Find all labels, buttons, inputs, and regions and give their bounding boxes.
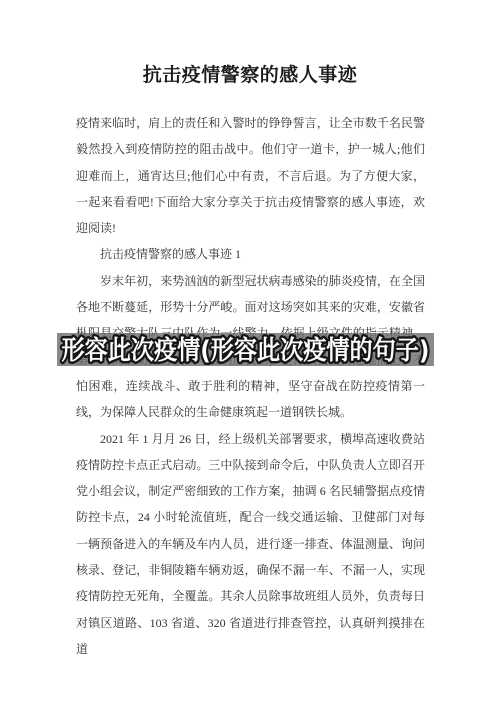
overlay-caption-banner: 形容此次疫情(形容此次疫情的句子) [57, 333, 434, 366]
overlay-caption-svg: 形容此次疫情(形容此次疫情的句子) [57, 333, 434, 366]
page-title: 抗击疫情警察的感人事迹 [0, 60, 500, 87]
document-body: 疫情来临时，肩上的责任和入警时的铮铮誓言，让全市数千名民警毅然投入到疫情防控的阻… [76, 110, 425, 662]
paragraph: 2021 年 1 月月 26 日，经上级机关部署要求，横埠高速收费站疫情防控卡点… [76, 426, 425, 663]
paragraph: 抗击疫情警察的感人事迹 1 [76, 241, 425, 267]
document-page: 抗击疫情警察的感人事迹 疫情来临时，肩上的责任和入警时的铮铮誓言，让全市数千名民… [0, 0, 500, 706]
paragraph: 疫情来临时，肩上的责任和入警时的铮铮誓言，让全市数千名民警毅然投入到疫情防控的阻… [76, 110, 425, 241]
overlay-caption-text: 形容此次疫情(形容此次疫情的句子) [62, 335, 430, 366]
